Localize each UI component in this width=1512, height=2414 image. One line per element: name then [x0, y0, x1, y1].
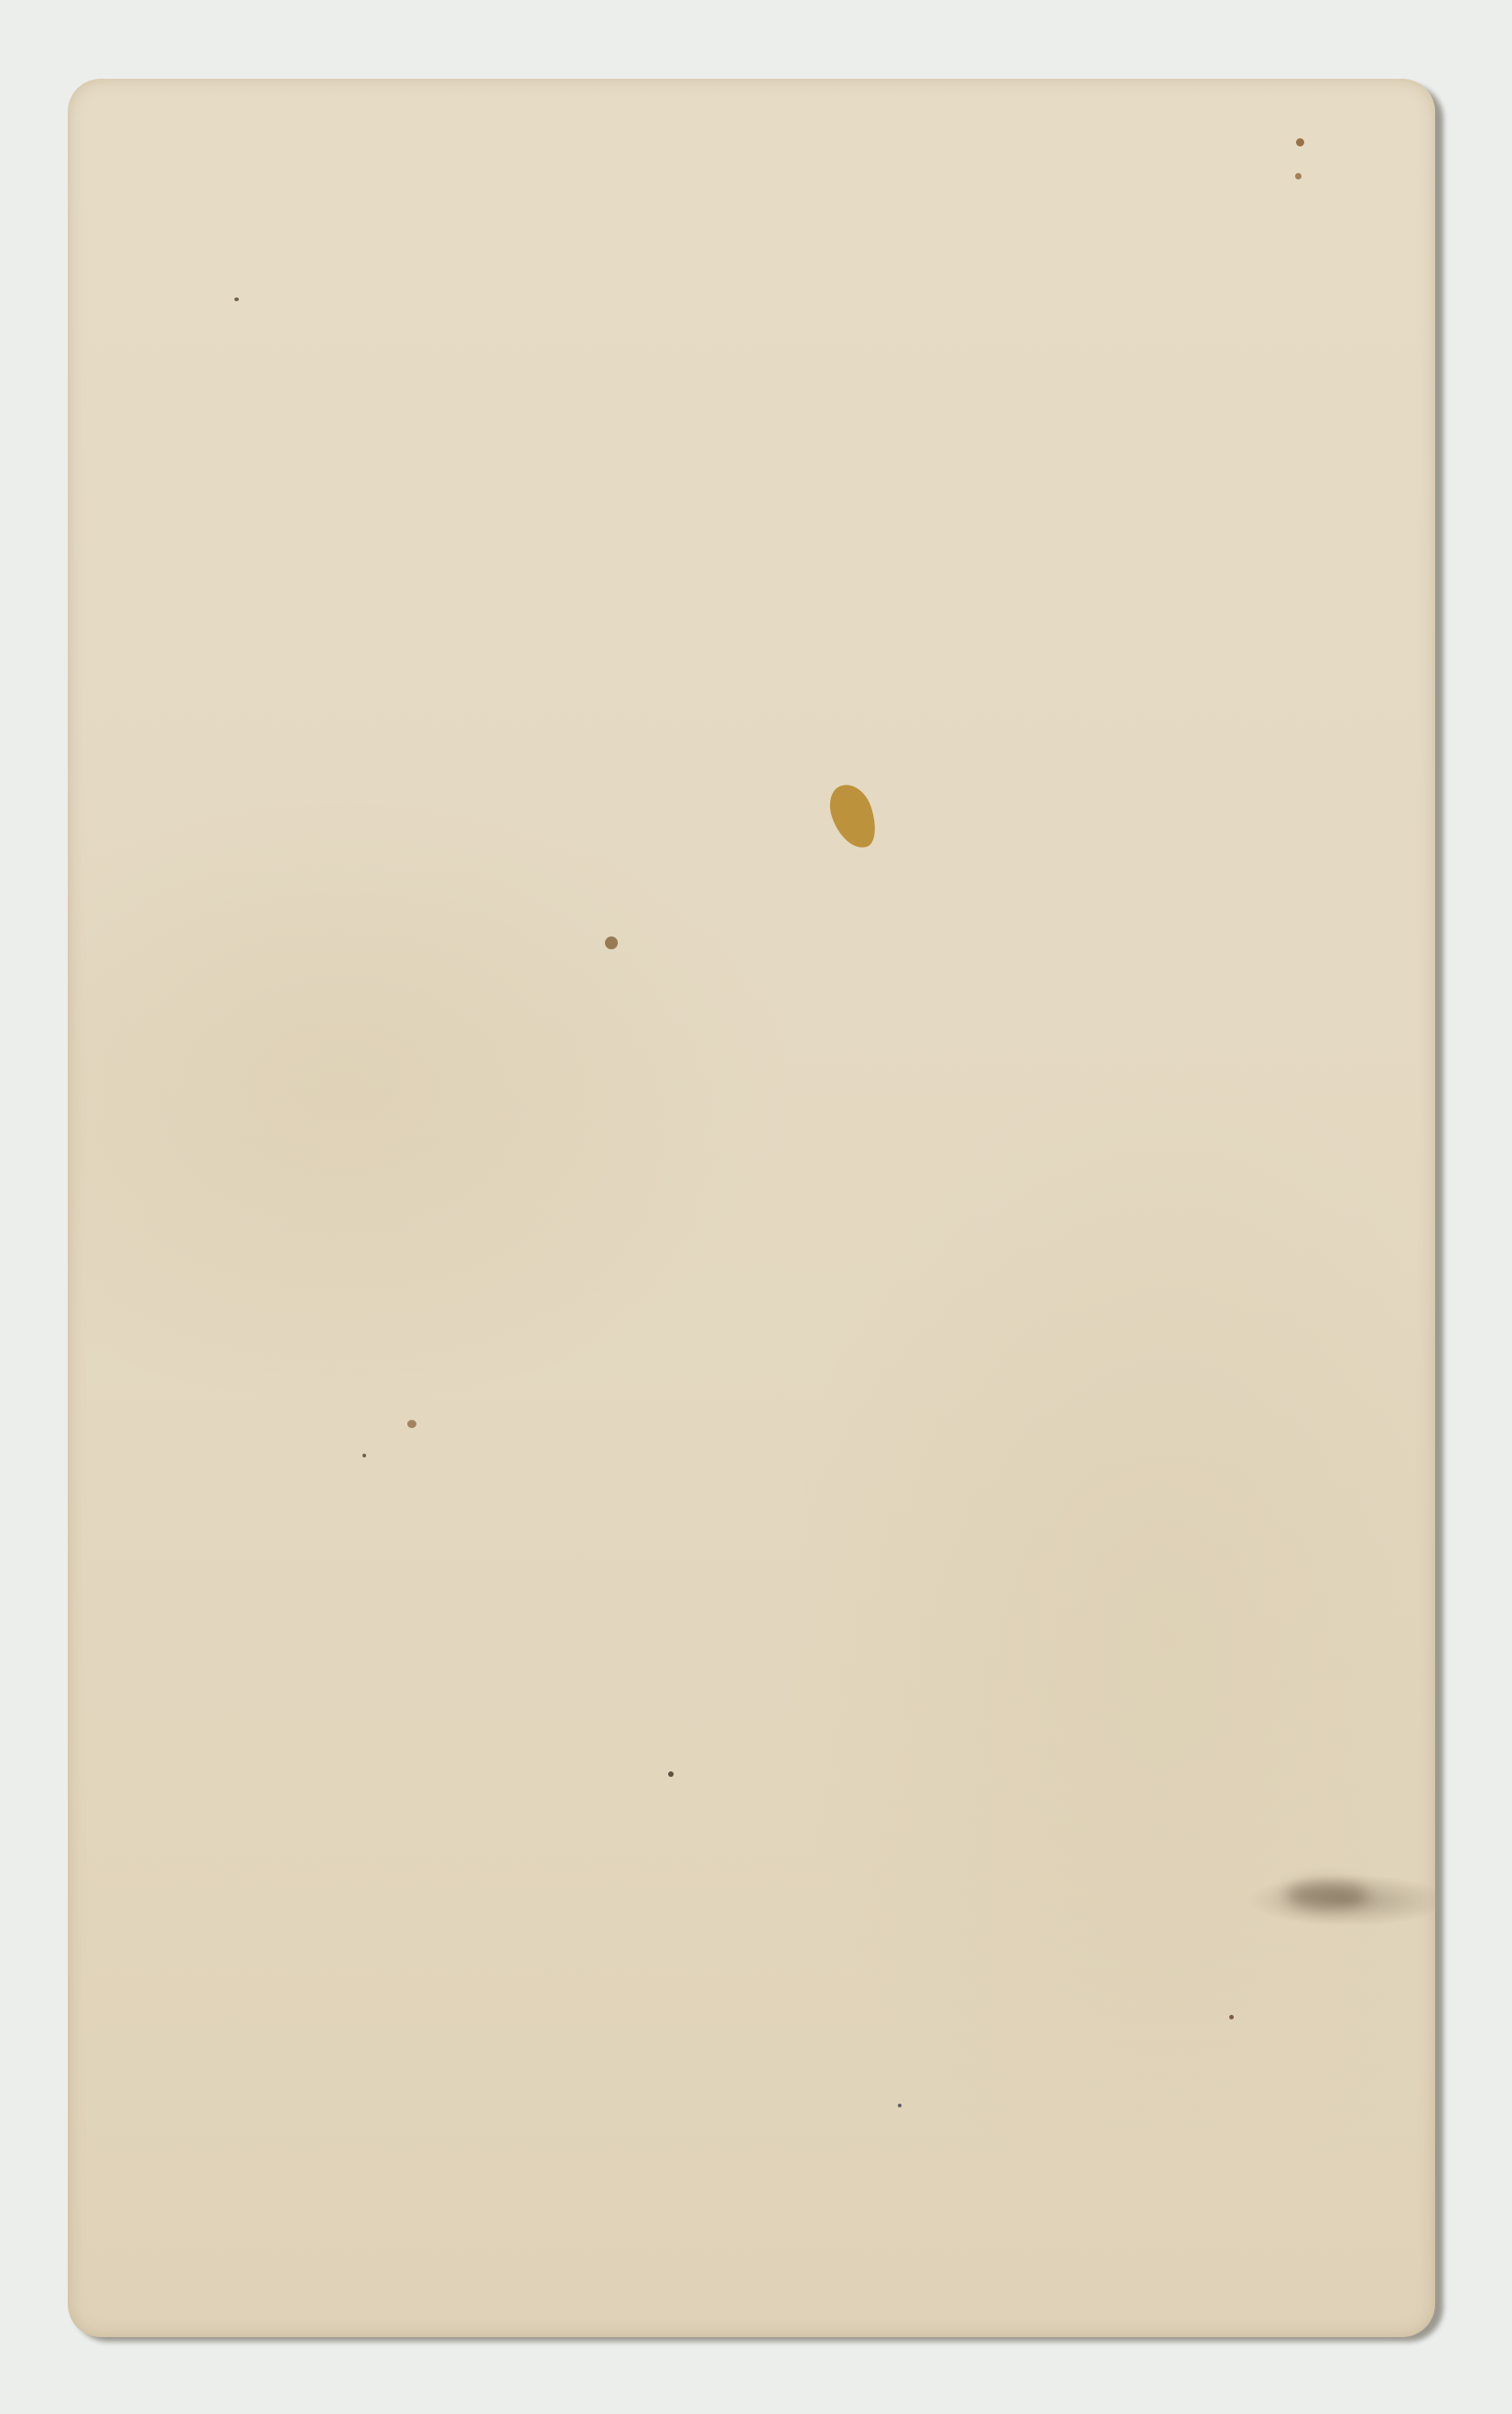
pencil-mark	[992, 308, 1129, 408]
dark-dot	[668, 1771, 674, 1777]
top-right-spot	[1296, 138, 1304, 146]
smudge	[1286, 1882, 1368, 1908]
top-right-spot	[1295, 173, 1301, 179]
dark-dot	[234, 298, 239, 301]
card-back	[68, 79, 1435, 2337]
brown-spot	[407, 1420, 416, 1428]
dark-dot	[898, 2104, 902, 2107]
dark-dot	[1229, 2015, 1234, 2019]
brown-spot	[605, 936, 618, 949]
dark-dot	[362, 1454, 366, 1457]
